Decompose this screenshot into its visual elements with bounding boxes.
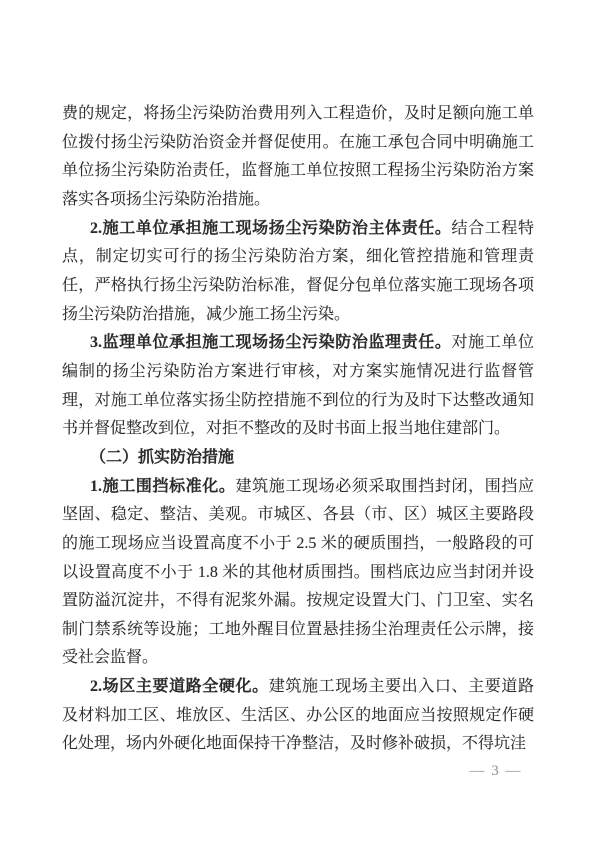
paragraph-lead-bold: 2.场区主要道路全硬化。 xyxy=(90,678,269,695)
document-body: 费的规定，将扬尘污染防治费用列入工程造价，及时足额向施工单位拨付扬尘污染防治资金… xyxy=(62,100,534,759)
paragraph-lead-bold: 3.监理单位承担施工现场扬尘污染防治监理责任。 xyxy=(90,334,452,351)
paragraph-lead-bold: 1.施工围挡标准化。 xyxy=(90,478,236,495)
numbered-paragraph: 2.场区主要道路全硬化。建筑施工现场主要出入口、主要道路及材料加工区、堆放区、生… xyxy=(62,673,534,759)
paragraph-lead-bold: 2.施工单位承担施工现场扬尘污染防治主体责任。 xyxy=(90,220,452,237)
page-number: — 3 — xyxy=(470,763,523,780)
paragraph-text: 费的规定，将扬尘污染防治费用列入工程造价，及时足额向施工单位拨付扬尘污染防治资金… xyxy=(62,105,534,208)
numbered-paragraph: 2.施工单位承担施工现场扬尘污染防治主体责任。结合工程特点，制定切实可行的扬尘污… xyxy=(62,215,534,330)
section-heading: （二）抓实防治措施 xyxy=(62,444,534,473)
numbered-paragraph: 1.施工围挡标准化。建筑施工现场必须采取围挡封闭，围挡应坚固、稳定、整洁、美观。… xyxy=(62,473,534,674)
body-continuation: 费的规定，将扬尘污染防治费用列入工程造价，及时足额向施工单位拨付扬尘污染防治资金… xyxy=(62,100,534,215)
paragraph-text: 建筑施工现场必须采取围挡封闭，围挡应坚固、稳定、整洁、美观。市城区、各县（市、区… xyxy=(62,478,534,667)
paragraph-lead-bold: （二）抓实防治措施 xyxy=(90,449,234,466)
document-page: 费的规定，将扬尘污染防治费用列入工程造价，及时足额向施工单位拨付扬尘污染防治资金… xyxy=(0,0,600,848)
numbered-paragraph: 3.监理单位承担施工现场扬尘污染防治监理责任。对施工单位编制的扬尘污染防治方案进… xyxy=(62,329,534,444)
